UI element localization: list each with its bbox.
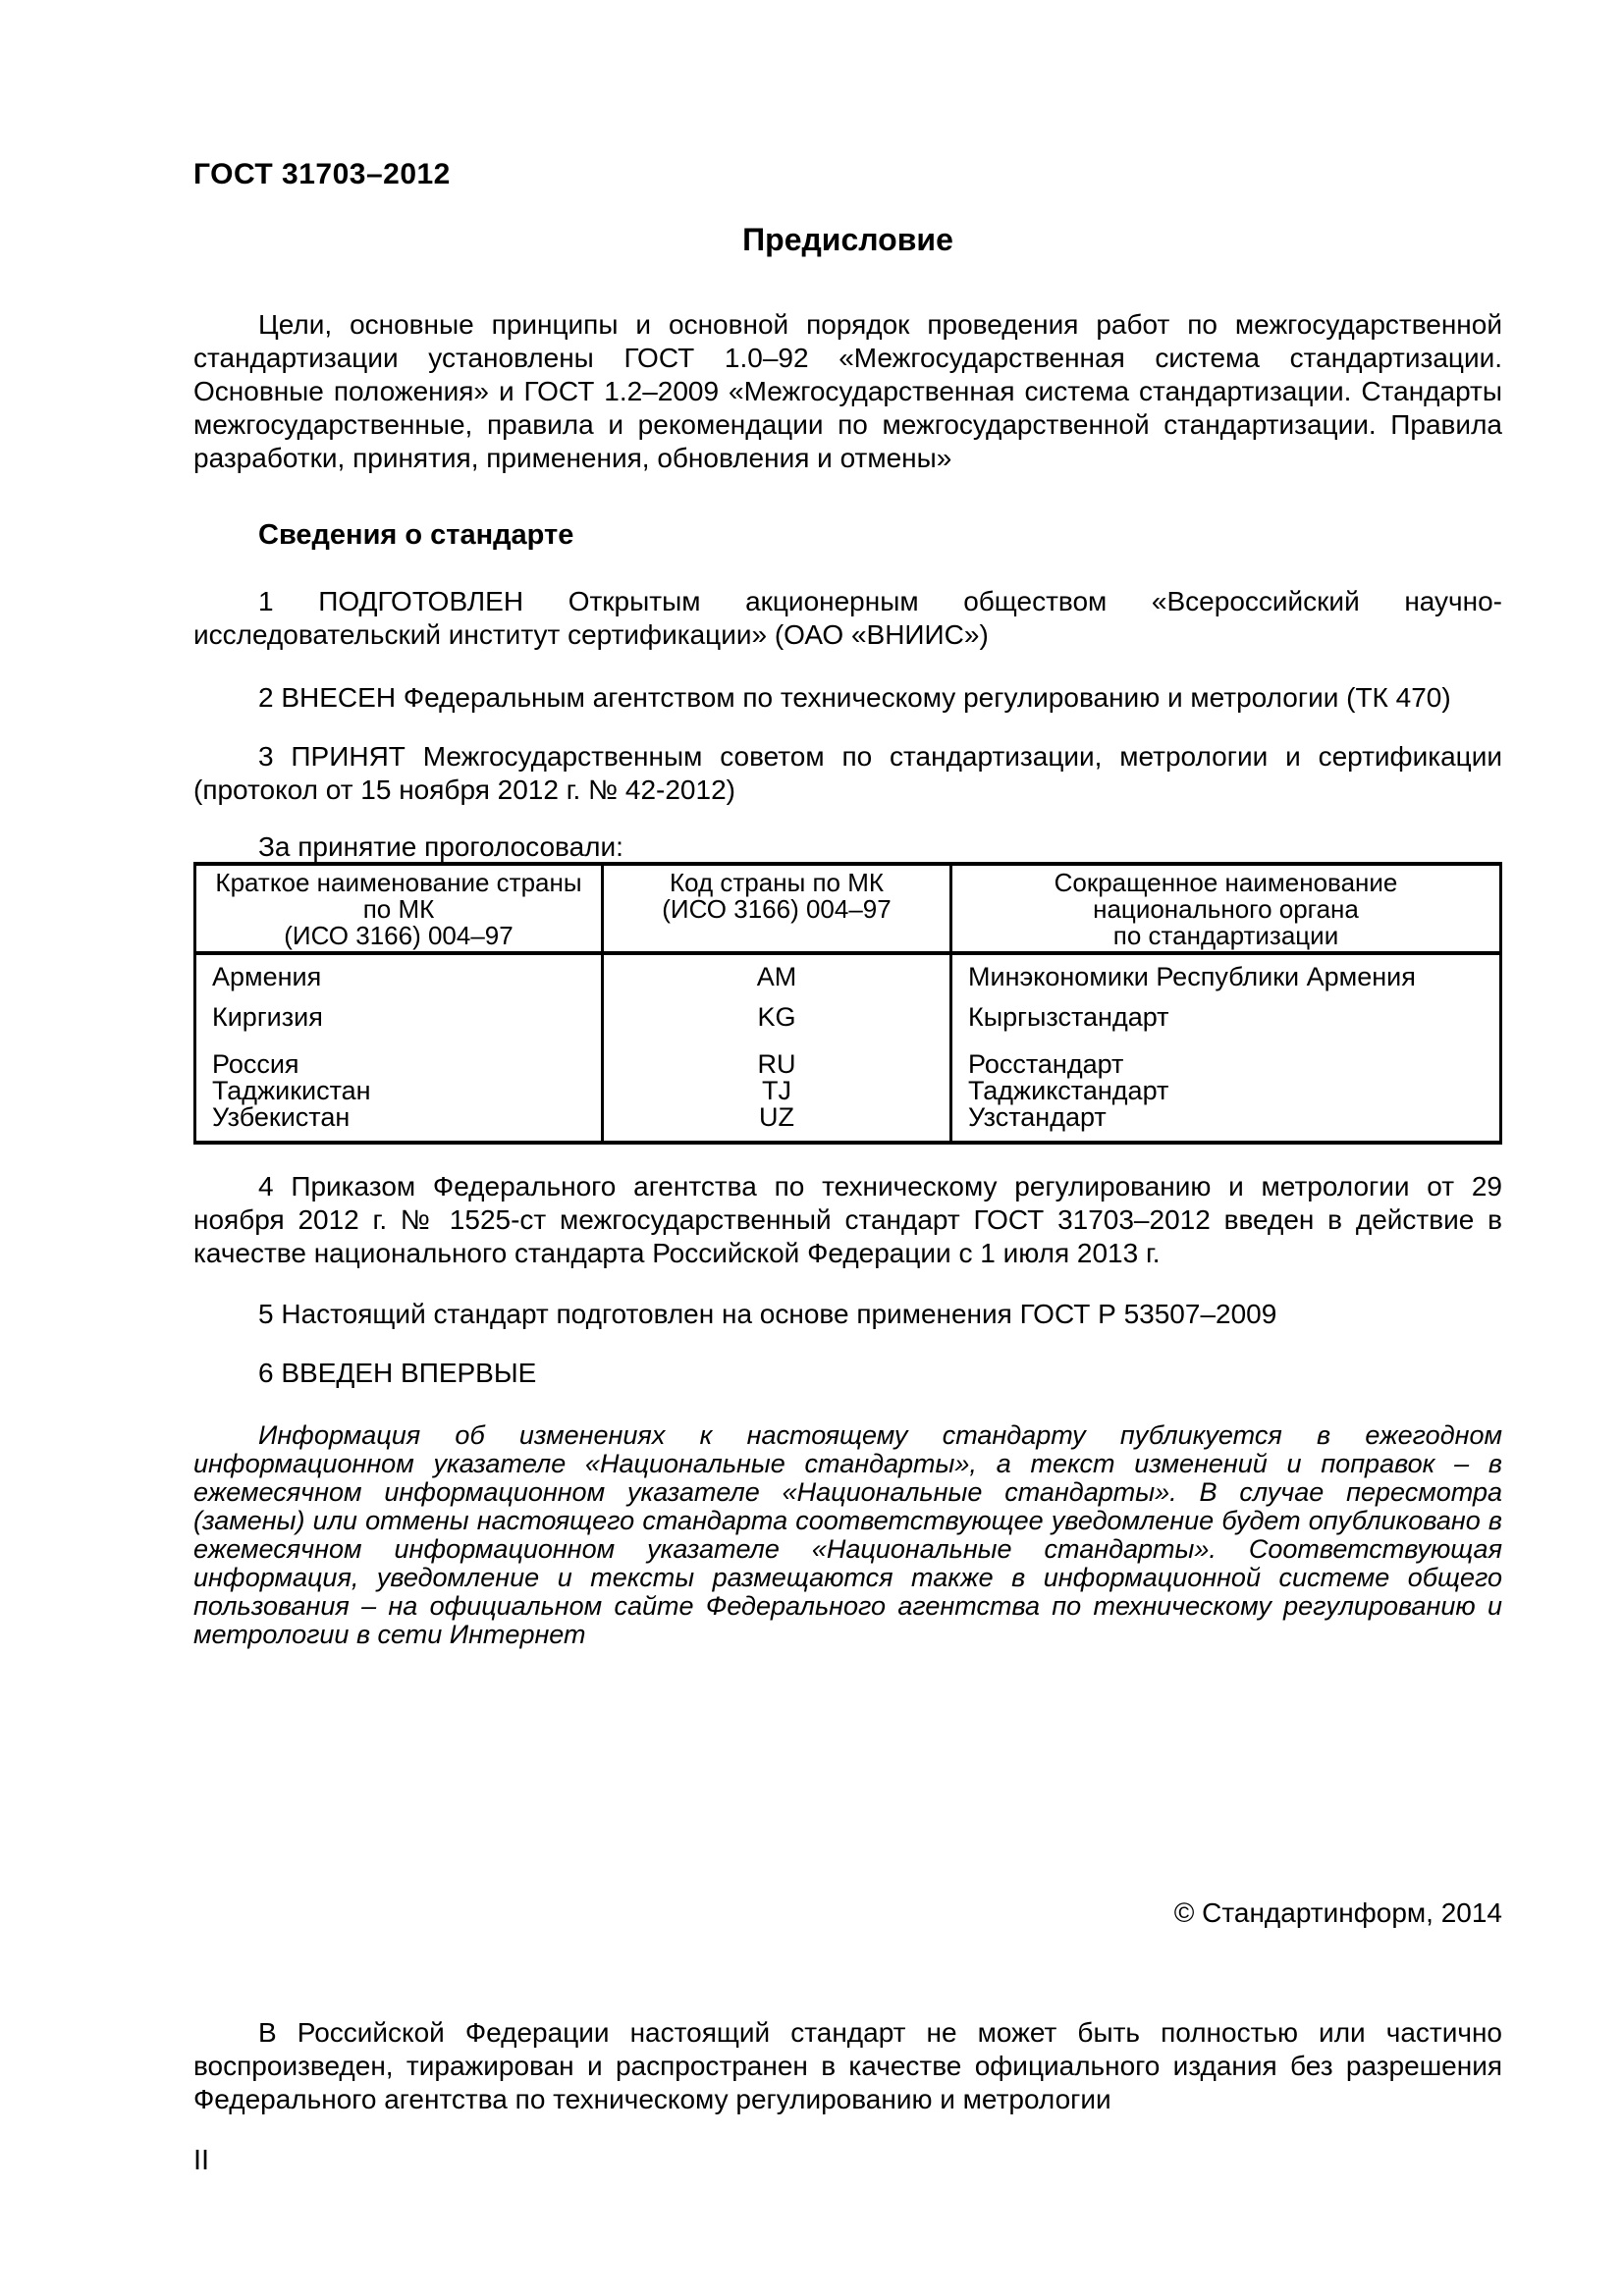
amendments-note: Информация об изменениях к настоящему ст… <box>193 1421 1502 1649</box>
table-header-code: Код страны по МК (ИСО 3166) 004–97 <box>601 866 949 955</box>
table-cell-code: KG <box>612 1004 942 1031</box>
page-number: II <box>193 2144 1502 2177</box>
table-cell-code: UZ <box>612 1104 942 1131</box>
vote-table: Краткое наименование страны по МК (ИСО 3… <box>193 862 1502 1145</box>
table-cell-code: RU <box>612 1051 942 1078</box>
doc-code: ГОСТ 31703–2012 <box>193 157 1502 192</box>
info-item-basis: 5 Настоящий стандарт подготовлен на осно… <box>193 1298 1502 1331</box>
table-header-line: Краткое наименование страны <box>204 870 593 896</box>
document-page: ГОСТ 31703–2012 Предисловие Цели, основн… <box>0 0 1623 2296</box>
table-column-code: AM KG RU TJ UZ <box>601 955 949 1141</box>
table-cell-code: TJ <box>612 1078 942 1104</box>
table-cell-country: Таджикистан <box>212 1078 593 1104</box>
table-cell-country: Узбекистан <box>212 1104 593 1131</box>
table-header-line: Код страны по МК <box>612 870 942 896</box>
copyright-notice: © Стандартинформ, 2014 <box>193 1896 1502 1930</box>
table-cell-org: Минэкономики Республики Армения <box>968 964 1491 990</box>
table-cell-code: AM <box>612 964 942 990</box>
reproduction-restriction: В Российской Федерации настоящий стандар… <box>193 2016 1502 2116</box>
page-title: Предисловие <box>193 222 1502 257</box>
vote-lead: За принятие проголосовали: <box>193 832 1502 862</box>
table-cell-org: Таджикстандарт <box>968 1078 1491 1104</box>
standard-info-heading: Сведения о стандарте <box>258 518 1502 552</box>
table-cell-country: Армения <box>212 964 593 990</box>
table-column-org: Минэкономики Республики Армения Кыргызст… <box>949 955 1499 1141</box>
table-header-country: Краткое наименование страны по МК (ИСО 3… <box>196 866 601 955</box>
info-item-order: 4 Приказом Федерального агентства по тех… <box>193 1170 1502 1270</box>
table-header-line: национального органа <box>960 896 1491 923</box>
info-item-first-time: 6 ВВЕДЕН ВПЕРВЫЕ <box>193 1357 1502 1390</box>
table-header-line: по МК <box>204 896 593 923</box>
table-cell-org: Узстандарт <box>968 1104 1491 1131</box>
table-cell-country: Россия <box>212 1051 593 1078</box>
table-cell-org: Росстандарт <box>968 1051 1491 1078</box>
table-header-line: (ИСО 3166) 004–97 <box>612 896 942 923</box>
table-header-line: по стандартизации <box>960 923 1491 949</box>
table-column-country: Армения Киргизия Россия Таджикистан Узбе… <box>196 955 601 1141</box>
table-header-line: Сокращенное наименование <box>960 870 1491 896</box>
info-item-adopted: 3 ПРИНЯТ Межгосударственным советом по с… <box>193 740 1502 807</box>
table-cell-country: Киргизия <box>212 1004 593 1031</box>
table-header-line: (ИСО 3166) 004–97 <box>204 923 593 949</box>
intro-paragraph: Цели, основные принципы и основной поряд… <box>193 308 1502 475</box>
info-item-prepared: 1 ПОДГОТОВЛЕН Открытым акционерным общес… <box>193 585 1502 652</box>
table-header-org: Сокращенное наименование национального о… <box>949 866 1499 955</box>
table-cell-org: Кыргызстандарт <box>968 1004 1491 1031</box>
info-item-submitted: 2 ВНЕСЕН Федеральным агентством по техни… <box>193 681 1502 715</box>
